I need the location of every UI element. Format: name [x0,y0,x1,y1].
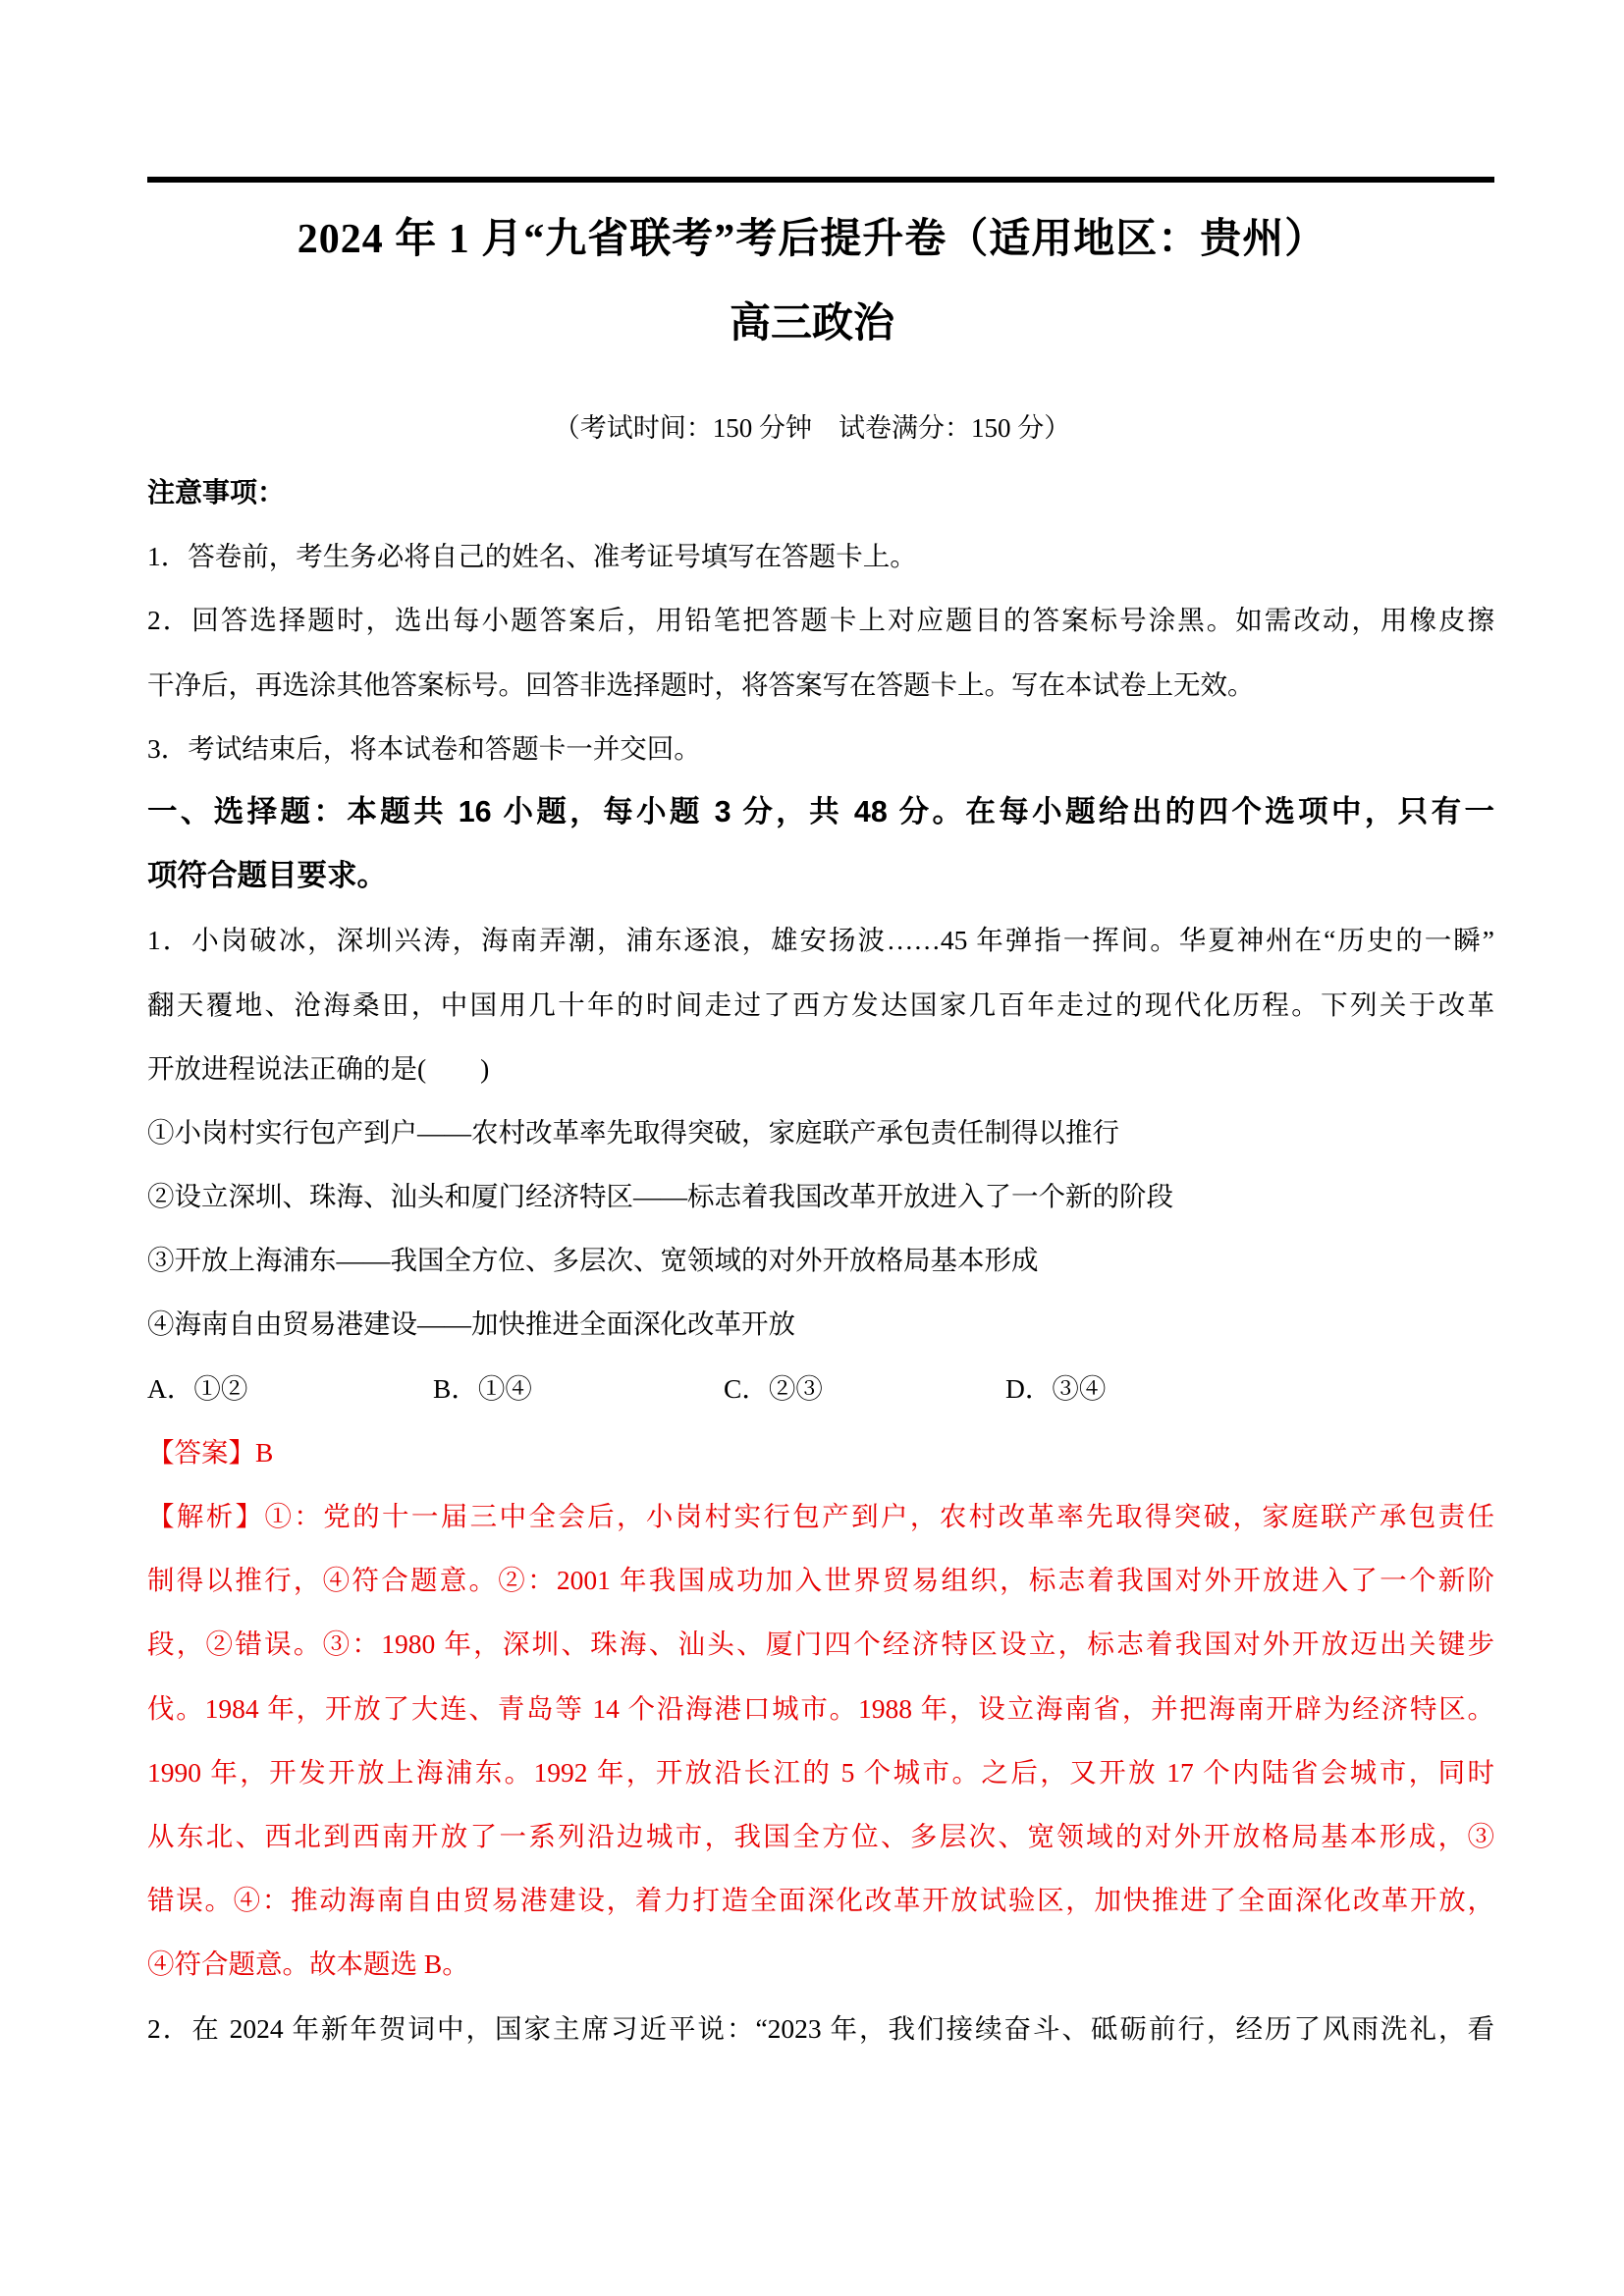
analysis-line-8: ④符合题意。故本题选 B。 [147,1932,1494,1996]
exam-info-line: （考试时间：150 分钟 试卷满分：150 分） [0,404,1624,452]
question2-stem-line1: 2．在 2024 年新年贺词中，国家主席习近平说：“2023 年，我们接续奋斗、… [147,1997,1494,2060]
page-title-line1: 2024 年 1 月“九省联考”考后提升卷（适用地区：贵州） [0,208,1624,271]
analysis-line-3: 段，②错误。③：1980 年，深圳、珠海、汕头、厦门四个经济特区设立，标志着我国… [147,1612,1494,1676]
question1-options-row: A．①② B．①④ C．②③ D．③④ [147,1357,1494,1420]
question1-statement-4: ④海南自由贸易港建设——加快推进全面深化改革开放 [147,1292,1494,1356]
option-a: A．①② [147,1357,433,1420]
analysis-line-6: 从东北、西北到西南开放了一系列沿边城市，我国全方位、多层次、宽领域的对外开放格局… [147,1804,1494,1868]
notice-line-2-cont: 干净后，再选涂其他答案标号。回答非选择题时，将答案写在答题卡上。写在本试卷上无效… [147,653,1494,717]
analysis-line-4: 伐。1984 年，开放了大连、青岛等 14 个沿海港口城市。1988 年，设立海… [147,1677,1494,1740]
notice-heading: 注意事项： [147,460,1494,524]
section-one-heading-line1: 一、选择题：本题共 16 小题，每小题 3 分，共 48 分。在每小题给出的四个… [147,780,1494,844]
analysis-line-2: 制得以推行，④符合题意。②：2001 年我国成功加入世界贸易组织，标志着我国对外… [147,1548,1494,1612]
question1-statement-1: ①小岗村实行包产到户——农村改革率先取得突破，家庭联产承包责任制得以推行 [147,1100,1494,1164]
question1-stem-line2: 翻天覆地、沧海桑田，中国用几十年的时间走过了西方发达国家几百年走过的现代化历程。… [147,973,1494,1037]
option-b: B．①④ [433,1357,724,1420]
option-c: C．②③ [724,1357,1005,1420]
question1-stem-line3: 开放进程说法正确的是( ) [147,1037,1494,1100]
page-title-line2: 高三政治 [0,293,1624,355]
question1-statement-3: ③开放上海浦东——我国全方位、多层次、宽领域的对外开放格局基本形成 [147,1228,1494,1292]
exam-paper-page: 2024 年 1 月“九省联考”考后提升卷（适用地区：贵州） 高三政治 （考试时… [0,0,1624,2296]
header-rule [147,177,1494,183]
notice-line-2: 2．回答选择题时，选出每小题答案后，用铅笔把答题卡上对应题目的答案标号涂黑。如需… [147,588,1494,652]
question1-stem-line1: 1．小岗破冰，深圳兴涛，海南弄潮，浦东逐浪，雄安扬波……45 年弹指一挥间。华夏… [147,908,1494,972]
notice-line-1: 1．答卷前，考生务必将自己的姓名、准考证号填写在答题卡上。 [147,524,1494,588]
analysis-line-5: 1990 年，开发开放上海浦东。1992 年，开放沿长江的 5 个城市。之后，又… [147,1740,1494,1804]
analysis-line-7: 错误。④：推动海南自由贸易港建设，着力打造全面深化改革开放试验区，加快推进了全面… [147,1868,1494,1932]
document-body: 注意事项： 1．答卷前，考生务必将自己的姓名、准考证号填写在答题卡上。 2．回答… [147,460,1494,2060]
analysis-line-1: 【解析】①：党的十一届三中全会后，小岗村实行包产到户，农村改革率先取得突破，家庭… [147,1484,1494,1548]
section-one-heading-line2: 项符合题目要求。 [147,844,1494,908]
question1-statement-2: ②设立深圳、珠海、汕头和厦门经济特区——标志着我国改革开放进入了一个新的阶段 [147,1164,1494,1228]
question1-answer-label: 【答案】B [147,1420,1494,1484]
notice-line-3: 3．考试结束后，将本试卷和答题卡一并交回。 [147,717,1494,780]
option-d: D．③④ [1005,1357,1494,1420]
